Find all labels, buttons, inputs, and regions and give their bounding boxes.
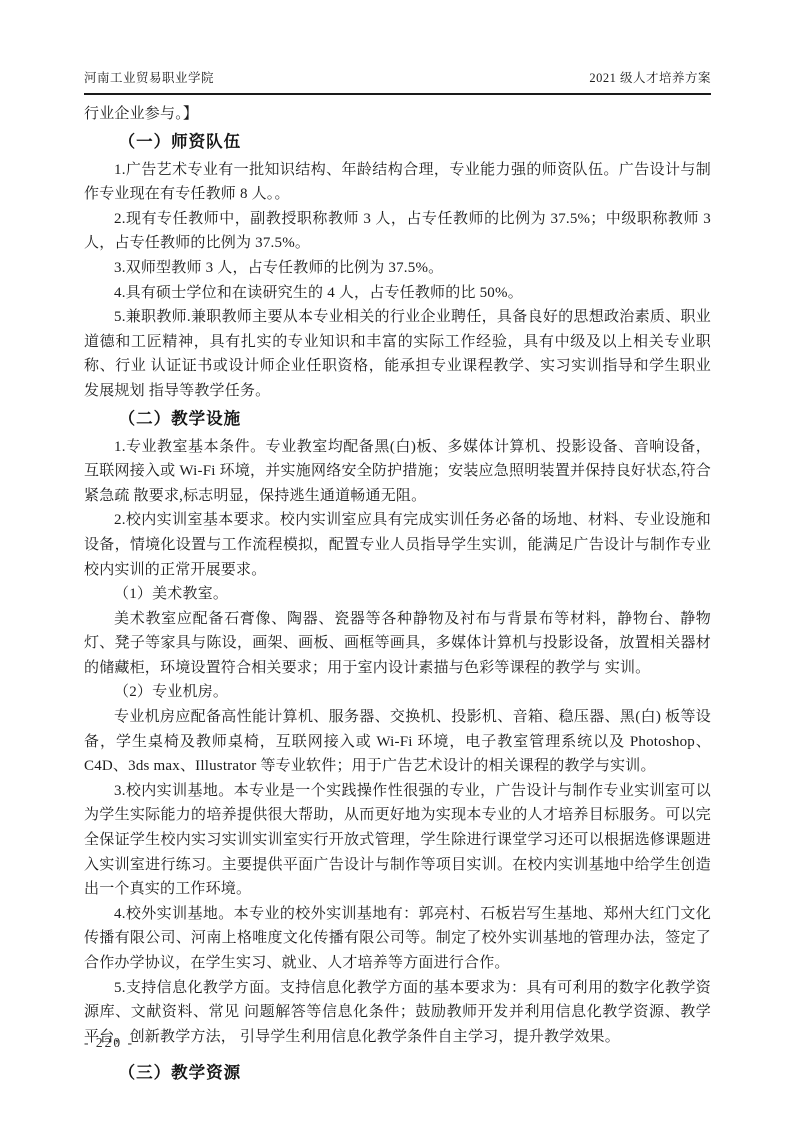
section-heading-facilities: （二）教学设施: [84, 407, 711, 432]
paragraph: 美术教室应配备石膏像、陶器、瓷器等各种静物及衬布与背景布等材料，静物台、静物灯、…: [84, 607, 711, 681]
paragraph: （2）专业机房。: [84, 680, 711, 705]
paragraph: 4.校外实训基地。本专业的校外实训基地有：郭亮村、石板岩写生基地、郑州大红门文化…: [84, 902, 711, 976]
paragraph: 4.具有硕士学位和在读研究生的 4 人，占专任教师的比 50%。: [84, 281, 711, 306]
paragraph: 1.专业教室基本条件。专业教室均配备黑(白)板、多媒体计算机、投影设备、音响设备…: [84, 435, 711, 509]
section-heading-resources: （三）教学资源: [84, 1061, 711, 1086]
paragraph: 5.支持信息化教学方面。支持信息化教学方面的基本要求为：具有可利用的数字化教学资…: [84, 976, 711, 1050]
paragraph: 专业机房应配备高性能计算机、服务器、交换机、投影机、音箱、稳压器、黑(白) 板等…: [84, 705, 711, 779]
paragraph-continuation: 行业企业参与。】: [84, 102, 711, 127]
paragraph: 2.校内实训室基本要求。校内实训室应具有完成实训任务必备的场地、材料、专业设施和…: [84, 508, 711, 582]
paragraph: 3.校内实训基地。本专业是一个实践操作性很强的专业，广告设计与制作专业实训室可以…: [84, 779, 711, 902]
paragraph: 5.兼职教师.兼职教师主要从本专业相关的行业企业聘任，具备良好的思想政治素质、职…: [84, 305, 711, 403]
header-school-name: 河南工业贸易职业学院: [84, 68, 214, 86]
document-body: 行业企业参与。】 （一）师资队伍 1.广告艺术专业有一批知识结构、年龄结构合理，…: [84, 102, 711, 1089]
paragraph: （1）美术教室。: [84, 582, 711, 607]
paragraph: 3.双师型教师 3 人，占专任教师的比例为 37.5%。: [84, 256, 711, 281]
page-header: 河南工业贸易职业学院 2021 级人才培养方案: [84, 68, 711, 95]
paragraph: 1.广告艺术专业有一批知识结构、年龄结构合理，专业能力强的师资队伍。广告设计与制…: [84, 158, 711, 207]
header-plan-title: 2021 级人才培养方案: [589, 68, 711, 86]
paragraph: 2.现有专任教师中，副教授职称教师 3 人，占专任教师的比例为 37.5%；中级…: [84, 207, 711, 256]
section-heading-teachers: （一）师资队伍: [84, 130, 711, 155]
document-page: 河南工业贸易职业学院 2021 级人才培养方案 行业企业参与。】 （一）师资队伍…: [0, 0, 793, 1122]
page-number: - 220 -: [84, 1035, 134, 1051]
